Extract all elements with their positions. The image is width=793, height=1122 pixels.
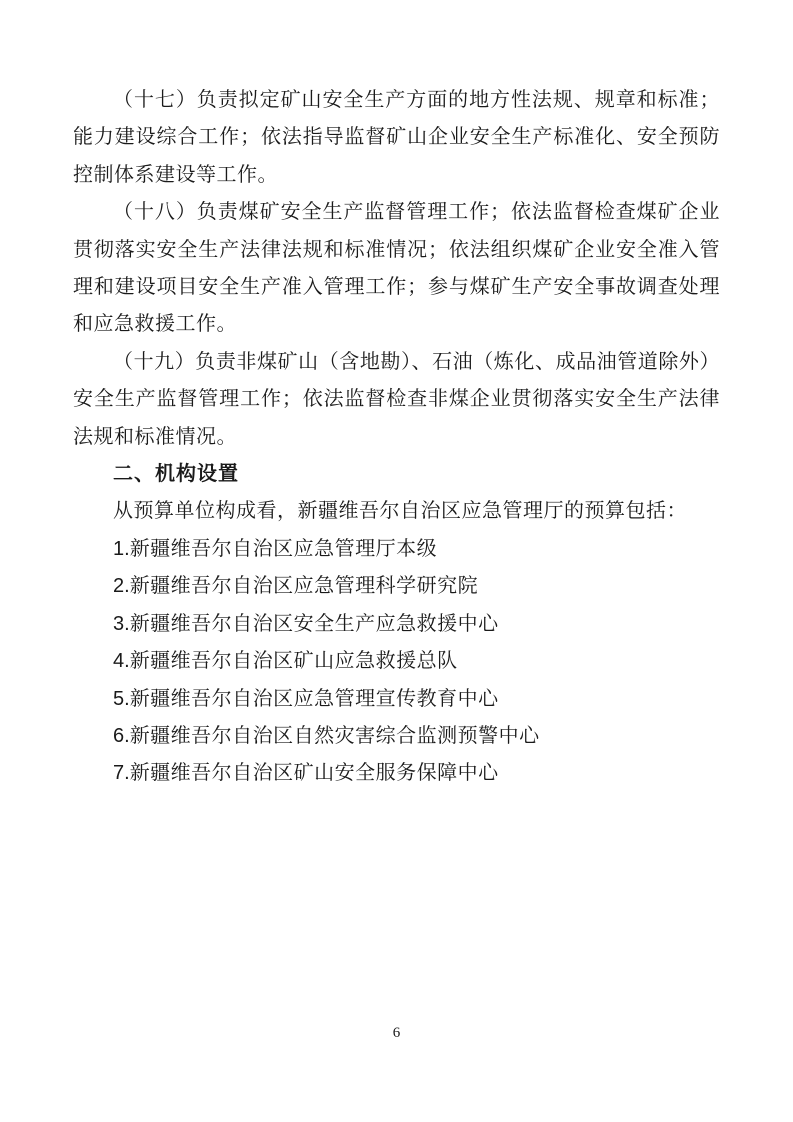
page-number: 6 [0, 1024, 793, 1042]
section-heading-org-setup: 二、机构设置 [73, 456, 720, 493]
budget-unit-number: 1. [113, 538, 130, 560]
budget-unit-name: 新疆维吾尔自治区自然灾害综合监测预警中心 [130, 725, 540, 747]
budget-unit-number: 6. [113, 725, 130, 747]
budget-unit-number: 7. [113, 762, 130, 784]
budget-unit-name: 新疆维吾尔自治区应急管理科学研究院 [130, 575, 479, 597]
budget-unit-number: 5. [113, 688, 130, 710]
budget-unit-name: 新疆维吾尔自治区矿山应急救援总队 [130, 650, 458, 672]
paragraph-duty-17: （十七）负责拟定矿山安全生产方面的地方性法规、规章和标准；能力建设综合工作；依法… [73, 82, 720, 194]
budget-unit-name: 新疆维吾尔自治区矿山安全服务保障中心 [130, 762, 499, 784]
page-content: （十七）负责拟定矿山安全生产方面的地方性法规、规章和标准；能力建设综合工作；依法… [73, 82, 720, 793]
budget-unit-number: 3. [113, 613, 130, 635]
budget-unit-number: 2. [113, 575, 130, 597]
budget-unit-name: 新疆维吾尔自治区安全生产应急救援中心 [130, 613, 499, 635]
budget-unit-item: 3.新疆维吾尔自治区安全生产应急救援中心 [73, 606, 720, 643]
budget-unit-item: 6.新疆维吾尔自治区自然灾害综合监测预警中心 [73, 718, 720, 755]
budget-unit-name: 新疆维吾尔自治区应急管理厅本级 [130, 538, 438, 560]
document-page: （十七）负责拟定矿山安全生产方面的地方性法规、规章和标准；能力建设综合工作；依法… [0, 0, 793, 1122]
budget-unit-item: 4.新疆维吾尔自治区矿山应急救援总队 [73, 643, 720, 680]
budget-unit-item: 2.新疆维吾尔自治区应急管理科学研究院 [73, 568, 720, 605]
budget-unit-item: 7.新疆维吾尔自治区矿山安全服务保障中心 [73, 755, 720, 792]
budget-unit-number: 4. [113, 650, 130, 672]
budget-unit-name: 新疆维吾尔自治区应急管理宣传教育中心 [130, 688, 499, 710]
intro-paragraph: 从预算单位构成看，新疆维吾尔自治区应急管理厅的预算包括： [73, 493, 720, 530]
budget-unit-item: 5.新疆维吾尔自治区应急管理宣传教育中心 [73, 681, 720, 718]
paragraph-duty-19: （十九）负责非煤矿山（含地勘）、石油（炼化、成品油管道除外）安全生产监督管理工作… [73, 344, 720, 456]
budget-unit-item: 1.新疆维吾尔自治区应急管理厅本级 [73, 531, 720, 568]
paragraph-duty-18: （十八）负责煤矿安全生产监督管理工作；依法监督检查煤矿企业贯彻落实安全生产法律法… [73, 194, 720, 344]
